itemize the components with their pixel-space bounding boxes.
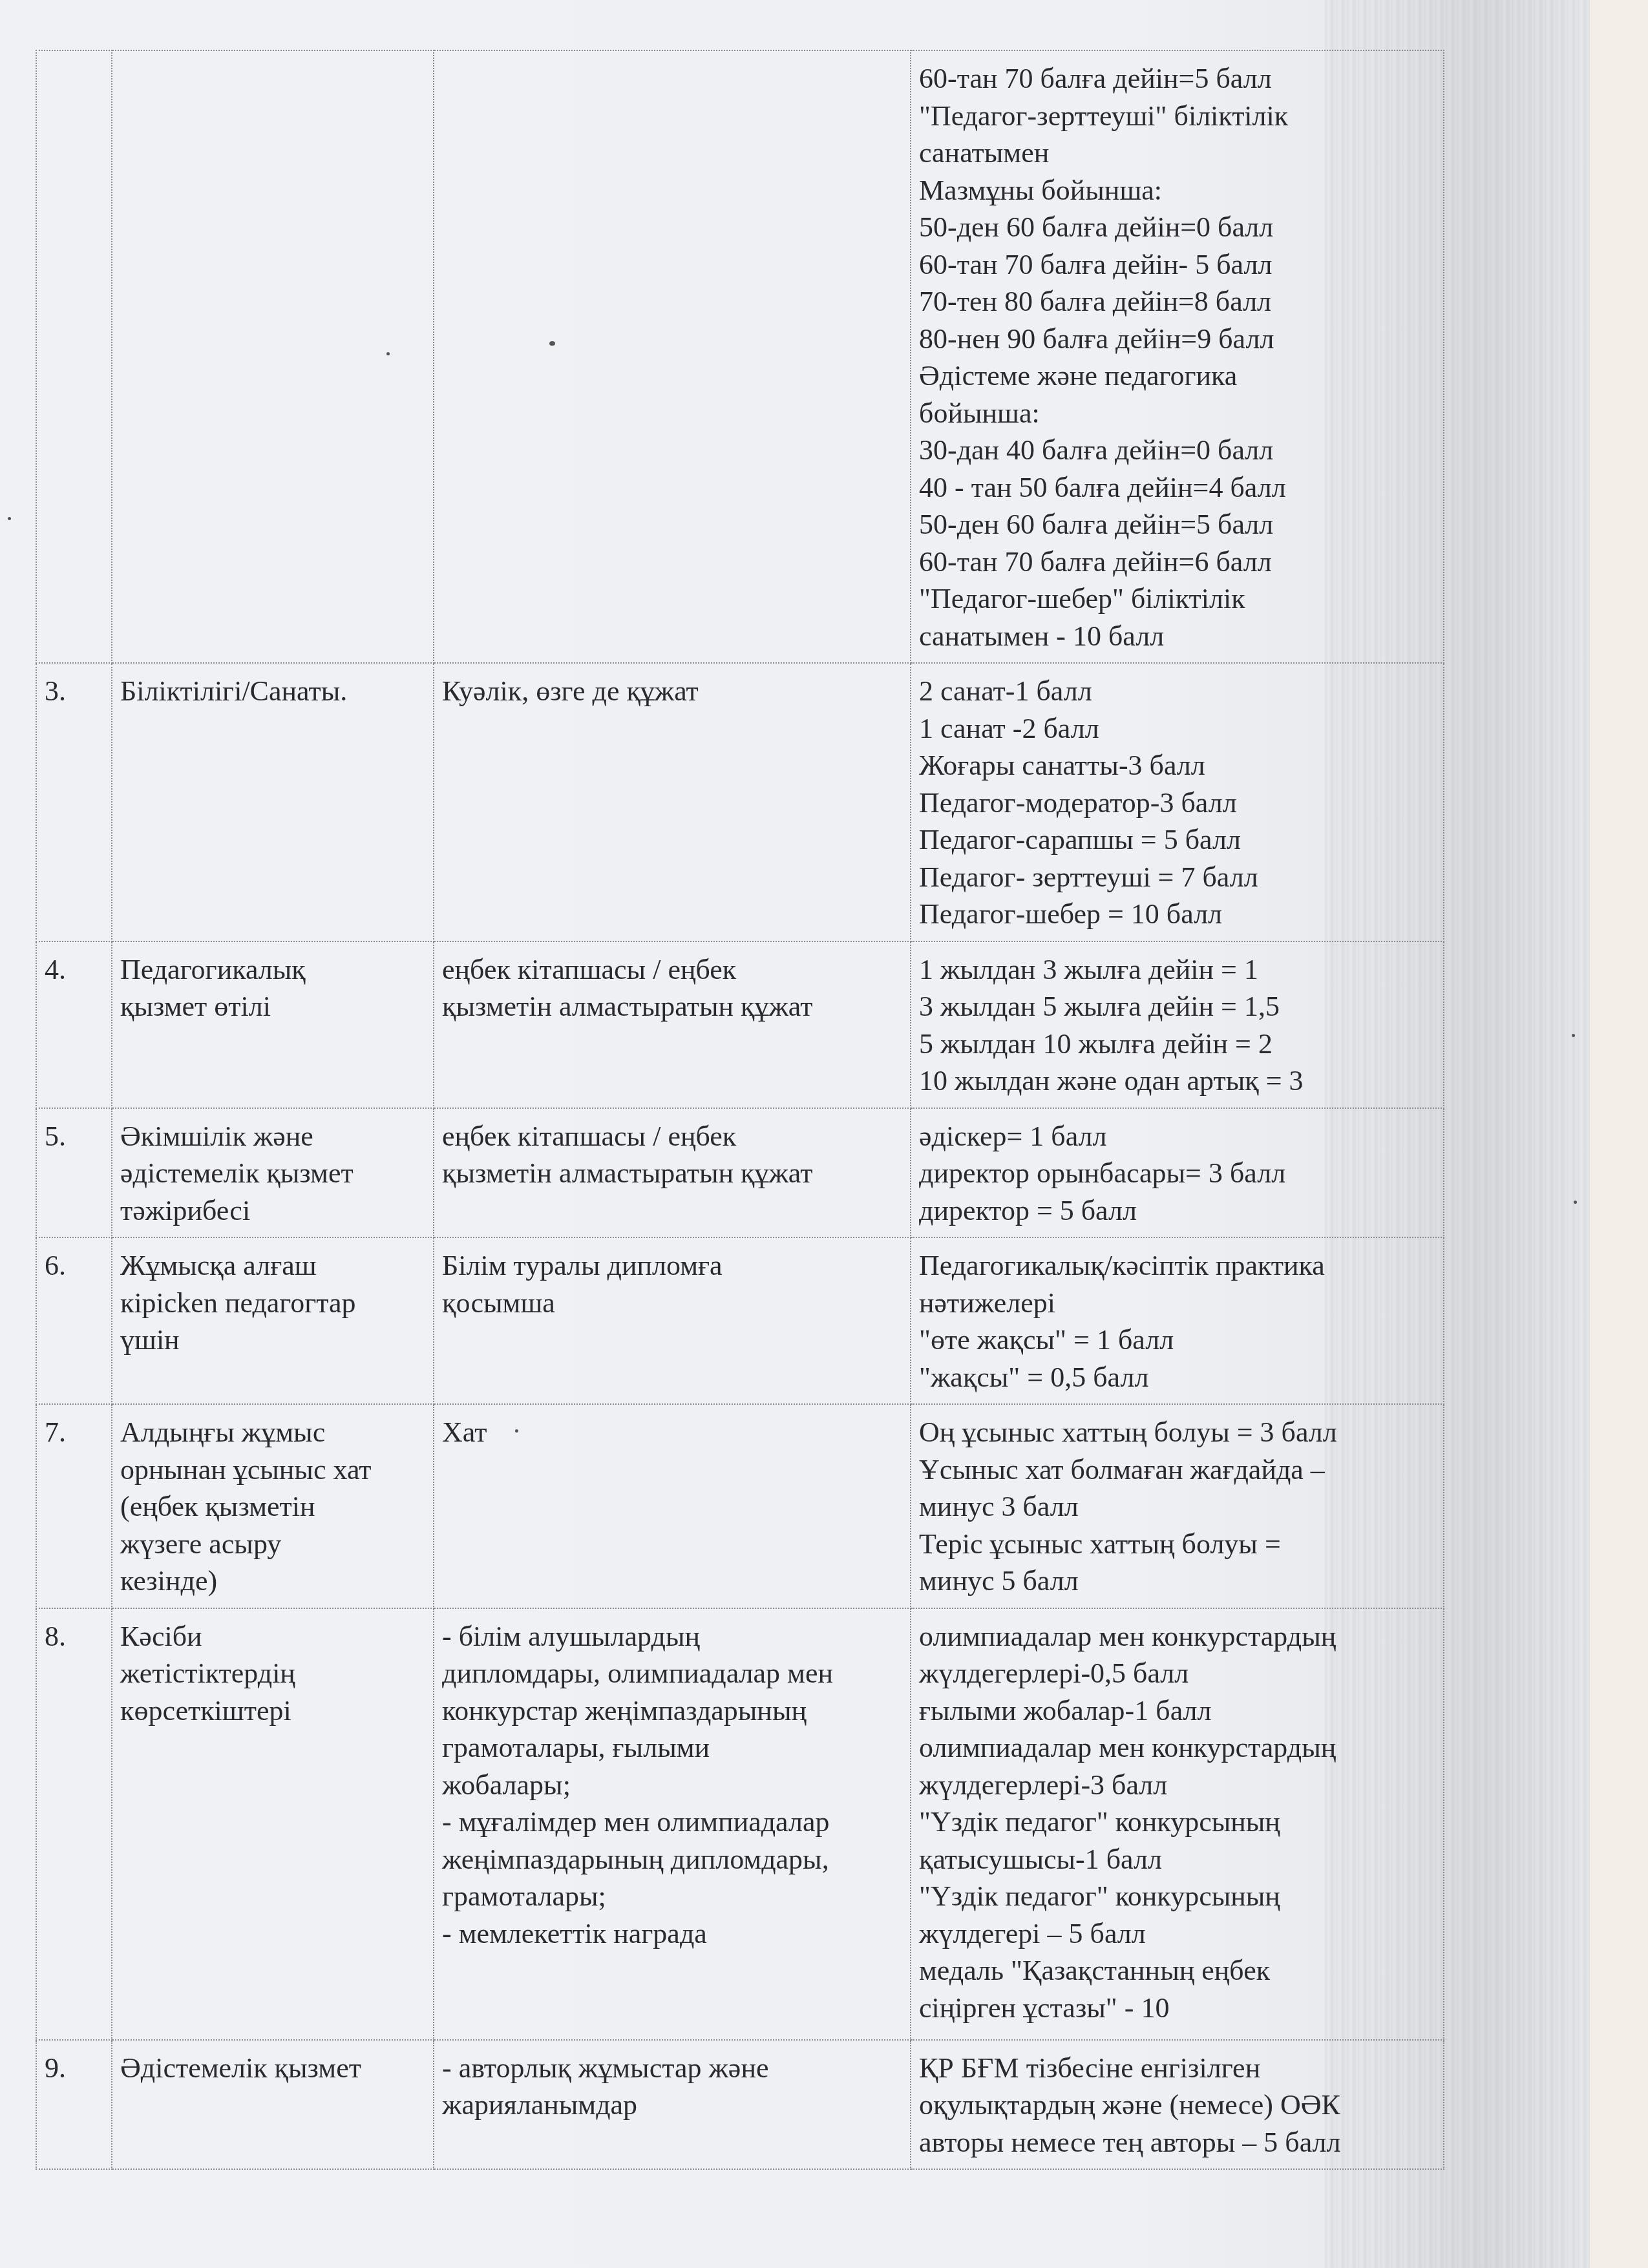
row-number — [36, 50, 112, 663]
score-line: "Үздік педагог" конкурсының — [919, 1803, 1435, 1841]
score-line: Педагогикалық/кәсіптік практика — [919, 1247, 1435, 1285]
score-line: 2 санат-1 балл — [919, 673, 1435, 710]
score-line: жүлдегерлері-0,5 балл — [919, 1655, 1435, 1692]
score-line: 3 жылдан 5 жылға дейін = 1,5 — [919, 988, 1435, 1025]
row-number-text: 5. — [45, 1118, 103, 1155]
score-line: медаль "Қазақстанның еңбек — [919, 1952, 1435, 1990]
document-cell: Хат — [434, 1404, 911, 1608]
score-line: олимпиадалар мен конкурстардың — [919, 1729, 1435, 1767]
score-cell: Оң ұсыныс хаттың болуы = 3 баллҰсыныс ха… — [911, 1404, 1444, 1608]
score-line: Педагог-шебер = 10 балл — [919, 896, 1435, 933]
document-line: қосымша — [442, 1285, 902, 1322]
score-line: Әдістеме және педагогика — [919, 357, 1435, 395]
criterion-line: жүзеге асыру — [120, 1526, 425, 1563]
scan-speck — [8, 517, 11, 520]
score-line: Оң ұсыныс хаттың болуы = 3 балл — [919, 1414, 1435, 1451]
criterion-line: кірісken педагогтар — [120, 1285, 425, 1322]
row-number-text: 3. — [45, 673, 103, 710]
score-line: 40 - тан 50 балға дейін=4 балл — [919, 469, 1435, 507]
score-cell: әдіскер= 1 баллдиректор орынбасары= 3 ба… — [911, 1108, 1444, 1238]
score-line: "Үздік педагог" конкурсының — [919, 1878, 1435, 1915]
criterion-line: Әдістемелік қызмет — [120, 2050, 425, 2087]
document-line: грамоталары, ғылыми — [442, 1729, 902, 1767]
criterion-line: Жұмысқа алғаш — [120, 1247, 425, 1285]
criterion-cell: Әдістемелік қызмет — [112, 2040, 434, 2170]
score-line: 30-дан 40 балға дейін=0 балл — [919, 432, 1435, 469]
criteria-table: 60-тан 70 балға дейін=5 балл"Педагог-зер… — [36, 50, 1444, 2170]
document-line: Куәлік, өзге де құжат — [442, 673, 902, 710]
score-line: ҚР БҒМ тізбесіне енгізілген — [919, 2050, 1435, 2087]
score-line: қатысушысы-1 балл — [919, 1841, 1435, 1878]
table-row: 6.Жұмысқа алғашкірісken педагогтарүшінБі… — [36, 1237, 1444, 1404]
score-line: "жақсы" = 0,5 балл — [919, 1359, 1435, 1396]
document-line: - авторлық жұмыстар және — [442, 2050, 902, 2087]
score-line: 60-тан 70 балға дейін=5 балл — [919, 60, 1435, 98]
table-row: 3.Біліктілігі/Санаты.Куәлік, өзге де құж… — [36, 663, 1444, 941]
score-line: Теріс ұсыныс хаттың болуы = — [919, 1526, 1435, 1563]
document-cell: Куәлік, өзге де құжат — [434, 663, 911, 941]
score-line: 50-ден 60 балға дейін=5 балл — [919, 506, 1435, 543]
score-cell: Педагогикалық/кәсіптік практиканәтижелер… — [911, 1237, 1444, 1404]
row-number: 6. — [36, 1237, 112, 1404]
row-number: 3. — [36, 663, 112, 941]
table-row: 4.Педагогикалыққызмет өтіліеңбек кітапша… — [36, 941, 1444, 1108]
scan-speck — [1572, 1034, 1575, 1037]
scan-speck — [386, 352, 390, 355]
score-line: нәтижелері — [919, 1285, 1435, 1322]
row-number: 4. — [36, 941, 112, 1108]
document-line: қызметін алмастыратын құжат — [442, 1155, 902, 1192]
score-line: 70-тен 80 балға дейін=8 балл — [919, 283, 1435, 320]
criterion-line: тәжірибесі — [120, 1192, 425, 1230]
criterion-line: жетістіктердің — [120, 1655, 425, 1692]
document-cell: Білім туралы дипломғақосымша — [434, 1237, 911, 1404]
criterion-line: Біліктілігі/Санаты. — [120, 673, 425, 710]
document-line: - мұғалімдер мен олимпиадалар — [442, 1803, 902, 1841]
score-line: директор орынбасары= 3 балл — [919, 1155, 1435, 1192]
criterion-cell: Жұмысқа алғашкірісken педагогтарүшін — [112, 1237, 434, 1404]
criterion-line: Педагогикалық — [120, 951, 425, 989]
criterion-cell: Педагогикалыққызмет өтілі — [112, 941, 434, 1108]
table-row: 5.Әкімшілік жәнеәдістемелік қызметтәжіри… — [36, 1108, 1444, 1238]
row-number: 5. — [36, 1108, 112, 1238]
document-line: жеңімпаздарының дипломдары, — [442, 1841, 902, 1878]
score-line: "өте жақсы" = 1 балл — [919, 1321, 1435, 1359]
document-line: - білім алушылардың — [442, 1618, 902, 1655]
criterion-line: Алдыңғы жұмыс — [120, 1414, 425, 1451]
document-cell: - білім алушылардыңдипломдары, олимпиада… — [434, 1608, 911, 2040]
document-cell: еңбек кітапшасы / еңбекқызметін алмастыр… — [434, 1108, 911, 1238]
score-line: 1 санат -2 балл — [919, 710, 1435, 748]
score-cell: 1 жылдан 3 жылға дейін = 13 жылдан 5 жыл… — [911, 941, 1444, 1108]
criterion-line: үшін — [120, 1321, 425, 1359]
row-number-text: 6. — [45, 1247, 103, 1285]
document-line: Білім туралы дипломға — [442, 1247, 902, 1285]
criterion-line: (еңбек қызметін — [120, 1488, 425, 1526]
score-cell: ҚР БҒМ тізбесіне енгізілгеноқулықтардың … — [911, 2040, 1444, 2170]
criterion-line: қызмет өтілі — [120, 988, 425, 1025]
score-line: 60-тан 70 балға дейін- 5 балл — [919, 246, 1435, 284]
score-cell: олимпиадалар мен конкурстардыңжүлдегерле… — [911, 1608, 1444, 2040]
score-line: Педагог- зерттеуші = 7 балл — [919, 859, 1435, 896]
document-line: конкурстар жеңімпаздарының — [442, 1692, 902, 1730]
score-line: минус 3 балл — [919, 1488, 1435, 1526]
criterion-cell: Кәсібижетістіктердіңкөрсеткіштері — [112, 1608, 434, 2040]
score-line: жүлдегері – 5 балл — [919, 1915, 1435, 1953]
row-number-text: 9. — [45, 2050, 103, 2087]
document-cell: - авторлық жұмыстар жәнежарияланымдар — [434, 2040, 911, 2170]
score-line: 1 жылдан 3 жылға дейін = 1 — [919, 951, 1435, 989]
document-line: жарияланымдар — [442, 2086, 902, 2124]
row-number: 7. — [36, 1404, 112, 1608]
document-line: Хат — [442, 1414, 902, 1451]
document-line: еңбек кітапшасы / еңбек — [442, 1118, 902, 1155]
row-number-text: 4. — [45, 951, 103, 989]
score-line: санатымен — [919, 134, 1435, 172]
score-line: минус 5 балл — [919, 1562, 1435, 1600]
score-line: директор = 5 балл — [919, 1192, 1435, 1230]
table-row: 60-тан 70 балға дейін=5 балл"Педагог-зер… — [36, 50, 1444, 663]
score-line: 60-тан 70 балға дейін=6 балл — [919, 543, 1435, 581]
score-line: 10 жылдан және одан артық = 3 — [919, 1062, 1435, 1100]
row-number-text: 7. — [45, 1414, 103, 1451]
score-line: Педагог-сарапшы = 5 балл — [919, 821, 1435, 859]
score-line: оқулықтардың және (немесе) ОӘК — [919, 2086, 1435, 2124]
document-cell — [434, 50, 911, 663]
score-cell: 2 санат-1 балл1 санат -2 баллЖоғары сана… — [911, 663, 1444, 941]
criterion-line: Әкімшілік және — [120, 1118, 425, 1155]
score-line: Ұсыныс хат болмаған жағдайда – — [919, 1451, 1435, 1489]
document-line: еңбек кітапшасы / еңбек — [442, 951, 902, 989]
score-line: ғылыми жобалар-1 балл — [919, 1692, 1435, 1730]
criterion-line: көрсеткіштері — [120, 1692, 425, 1730]
document-line: грамоталары; — [442, 1878, 902, 1915]
score-line: санатымен - 10 балл — [919, 618, 1435, 655]
score-line: 80-нен 90 балға дейін=9 балл — [919, 320, 1435, 358]
score-line: Педагог-модератор-3 балл — [919, 784, 1435, 822]
score-line: әдіскер= 1 балл — [919, 1118, 1435, 1155]
criterion-cell: Біліктілігі/Санаты. — [112, 663, 434, 941]
row-number: 8. — [36, 1608, 112, 2040]
document-line: - мемлекеттік награда — [442, 1915, 902, 1953]
document-line: дипломдары, олимпиадалар мен — [442, 1655, 902, 1692]
criterion-line: Кәсіби — [120, 1618, 425, 1655]
score-line: 5 жылдан 10 жылға дейін = 2 — [919, 1025, 1435, 1063]
table-row: 9.Әдістемелік қызмет- авторлық жұмыстар … — [36, 2040, 1444, 2170]
score-line: жүлдегерлері-3 балл — [919, 1767, 1435, 1804]
table-row: 8.Кәсібижетістіктердіңкөрсеткіштері- біл… — [36, 1608, 1444, 2040]
scan-speck — [549, 341, 555, 346]
score-line: авторы немесе тең авторы – 5 балл — [919, 2124, 1435, 2161]
document-line: жобалары; — [442, 1767, 902, 1804]
score-line: "Педагог-шебер" біліктілік — [919, 580, 1435, 618]
criterion-line: әдістемелік қызмет — [120, 1155, 425, 1192]
criterion-cell — [112, 50, 434, 663]
score-line: сіңірген ұстазы" - 10 — [919, 1990, 1435, 2027]
table-row: 7.Алдыңғы жұмысорнынан ұсыныс хат(еңбек … — [36, 1404, 1444, 1608]
score-line: олимпиадалар мен конкурстардың — [919, 1618, 1435, 1655]
row-number-text: 8. — [45, 1618, 103, 1655]
criterion-cell: Әкімшілік жәнеәдістемелік қызметтәжірибе… — [112, 1108, 434, 1238]
paper-edge — [1590, 0, 1648, 2268]
criterion-line: кезінде) — [120, 1562, 425, 1600]
score-line: 50-ден 60 балға дейін=0 балл — [919, 209, 1435, 246]
score-cell: 60-тан 70 балға дейін=5 балл"Педагог-зер… — [911, 50, 1444, 663]
score-line: Жоғары санатты-3 балл — [919, 747, 1435, 784]
criterion-line: орнынан ұсыныс хат — [120, 1451, 425, 1489]
scan-speck — [1574, 1201, 1577, 1204]
score-line: бойынша: — [919, 395, 1435, 432]
document-cell: еңбек кітапшасы / еңбекқызметін алмастыр… — [434, 941, 911, 1108]
score-line: Мазмұны бойынша: — [919, 172, 1435, 209]
criterion-cell: Алдыңғы жұмысорнынан ұсыныс хат(еңбек қы… — [112, 1404, 434, 1608]
row-number: 9. — [36, 2040, 112, 2170]
scan-speck — [515, 1429, 518, 1433]
document-line: қызметін алмастыратын құжат — [442, 988, 902, 1025]
score-line: "Педагог-зерттеуші" біліктілік — [919, 98, 1435, 135]
